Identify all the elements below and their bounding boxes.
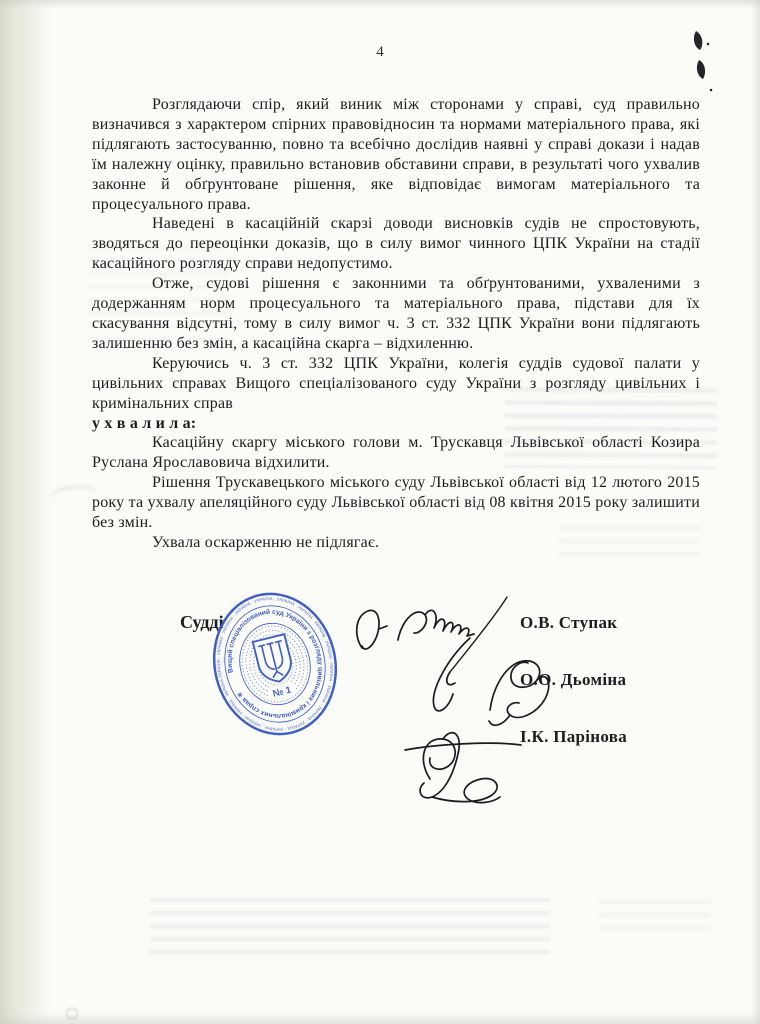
signature-parinova xyxy=(405,733,521,803)
ink-overlay xyxy=(0,0,760,1024)
signature-dyomina xyxy=(489,661,549,725)
signature-stupak xyxy=(357,597,507,711)
scanned-court-document-page: 4 Розглядаючи спір, який виник між сторо… xyxy=(0,0,760,1024)
ink-mark xyxy=(212,31,712,131)
